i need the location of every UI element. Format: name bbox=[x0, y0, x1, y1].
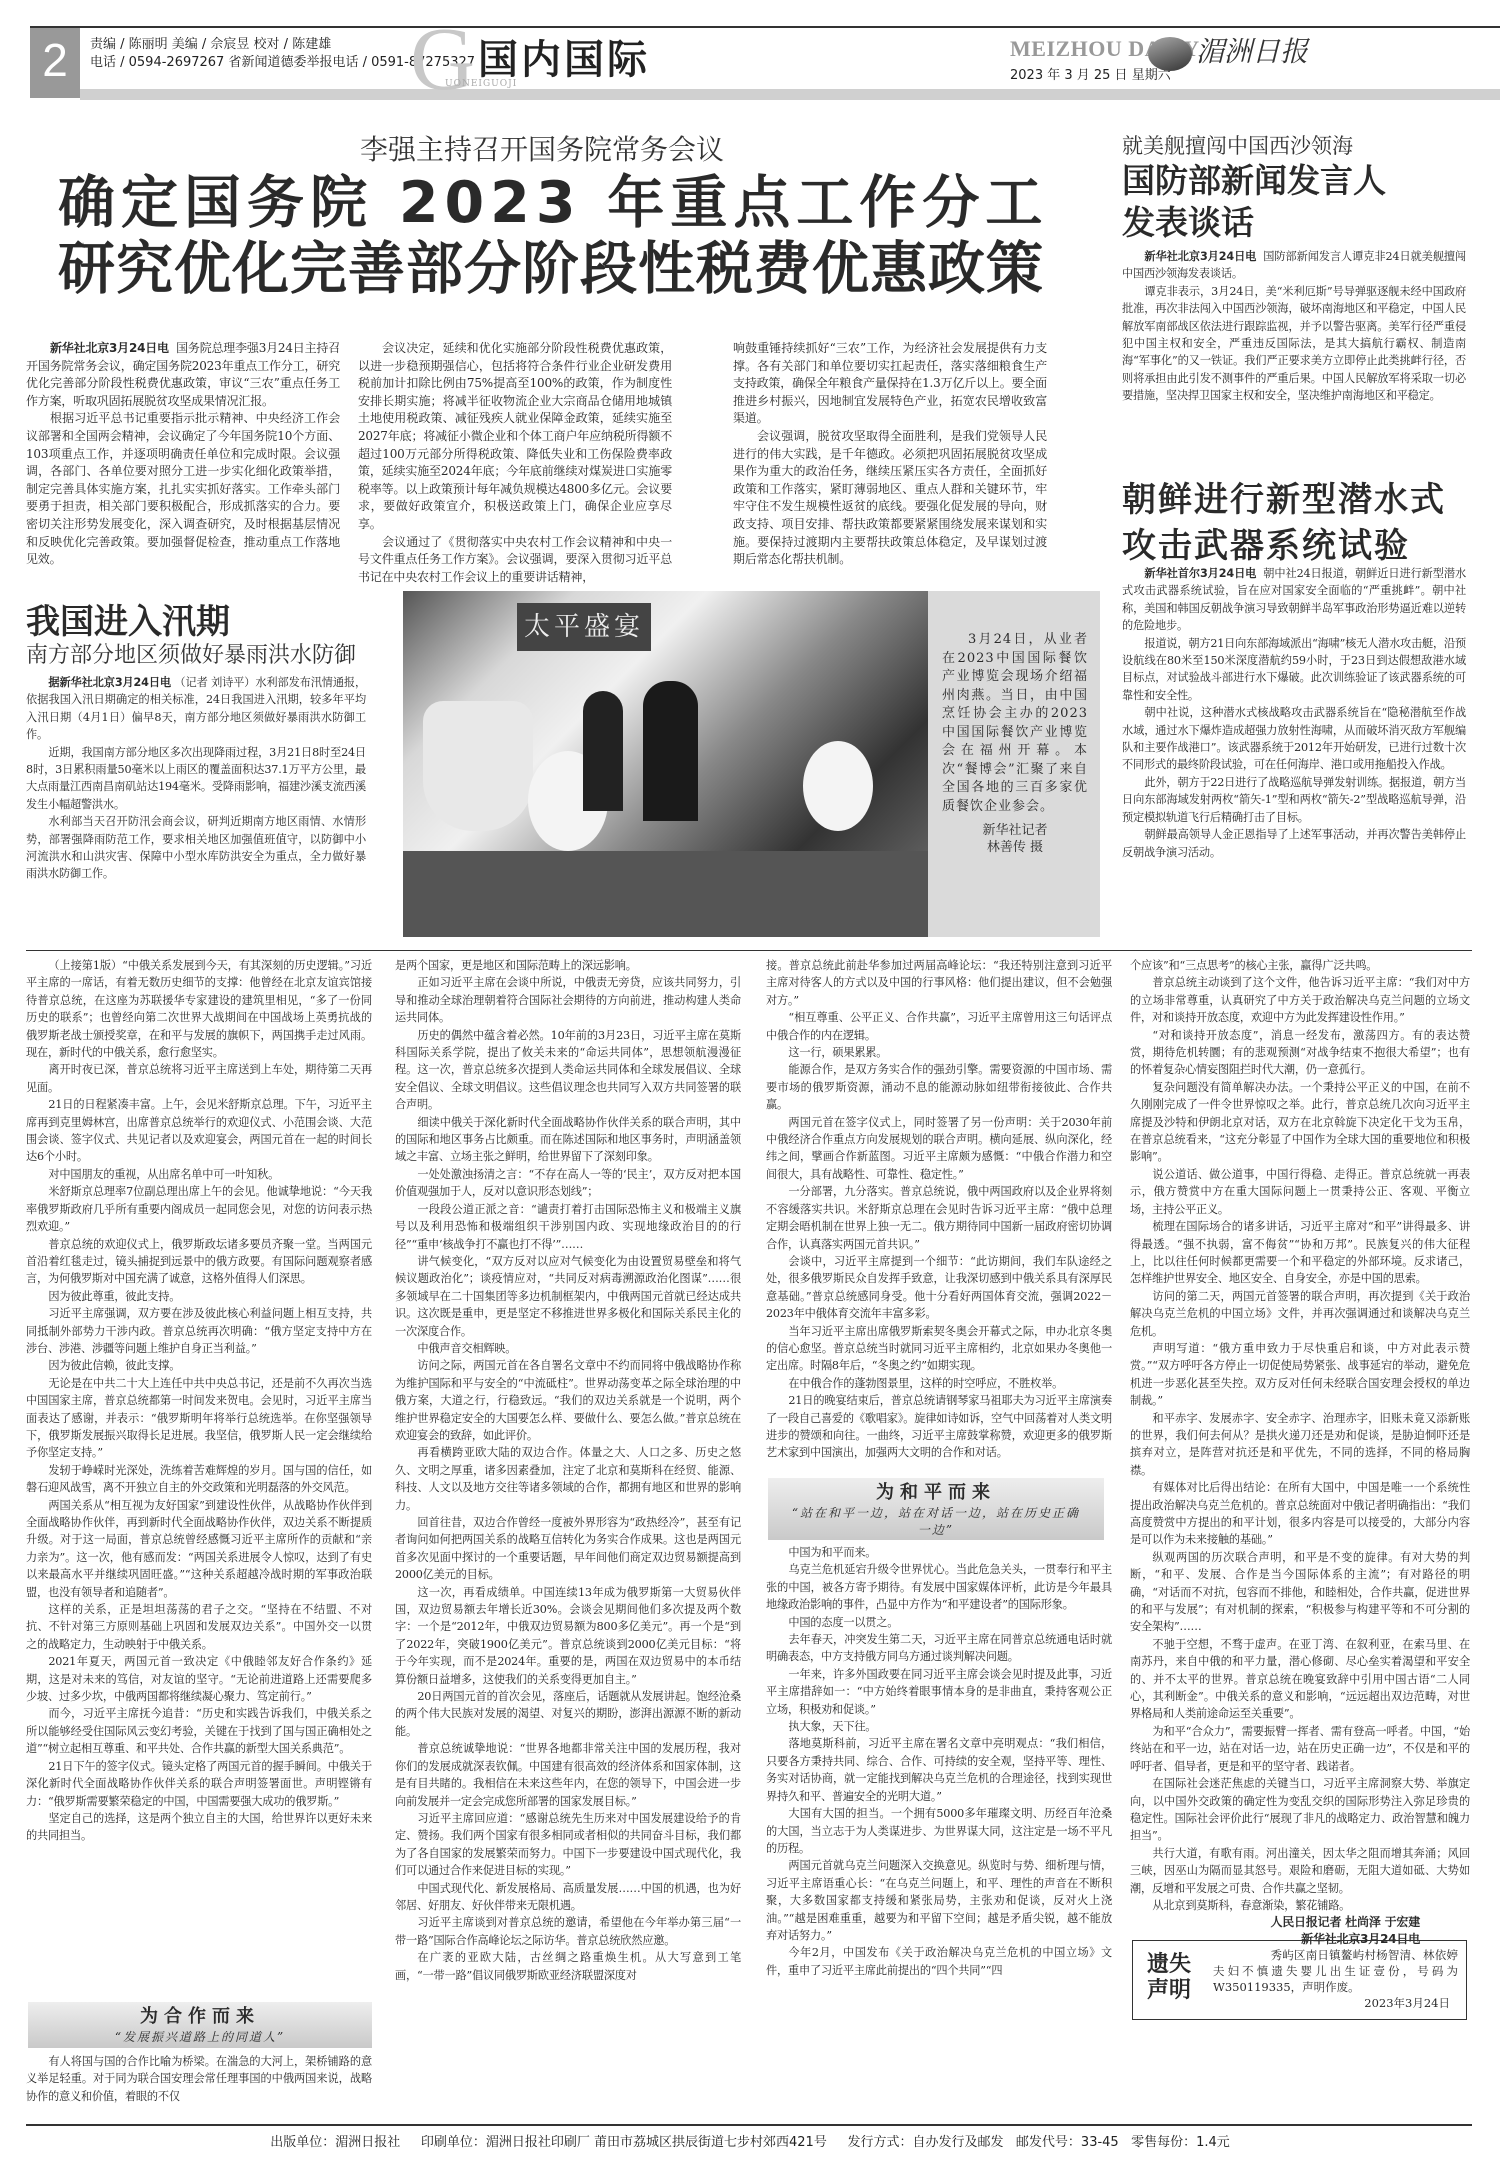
paragraph: 是两个国家，更是地区和国际范畴上的深远影响。 bbox=[395, 957, 741, 974]
dprk-article-body: 新华社首尔3月24日电 朝中社24日报道，朝鲜近日进行新型潜水式攻击武器系统试验… bbox=[1122, 565, 1466, 861]
paragraph: 水利部当天召开防汛会商会议，研判近期南方地区雨情、水情形势，部署强降雨防范工作，… bbox=[26, 813, 366, 883]
paragraph: 这样的关系，正是坦坦荡荡的君子之交。“坚持在不结盟、不对抗、不针对第三方原则基础… bbox=[26, 1601, 372, 1653]
paragraph: 两国元首在签字仪式上，同时签署了另一份声明：关于2030年前中俄经济合作重点方向… bbox=[766, 1114, 1112, 1184]
photo-plate bbox=[803, 741, 873, 831]
footer-rule bbox=[26, 2124, 1472, 2126]
paragraph: 在广袤的亚欧大陆，古丝绸之路重焕生机。从大写意到工笔画，“一带一路”倡议同俄罗斯… bbox=[395, 1949, 741, 1984]
subheading-title: 为合作而来 bbox=[28, 2002, 372, 2028]
paragraph: 新华社北京3月24日电 国务院总理李强3月24日主持召开国务院常务会议，确定国务… bbox=[26, 340, 340, 410]
dprk-headline: 朝鲜进行新型潜水式 攻击武器系统试验 bbox=[1122, 477, 1446, 569]
defense-kicker: 就美舰擅闯中国西沙领海 bbox=[1122, 130, 1353, 160]
paragraph: 访问的第二天，两国元首签署的联合声明，再次提到《关于政治解决乌克兰危机的中国立场… bbox=[1130, 1288, 1470, 1340]
paragraph: 报道说，朝方21日向东部海域派出“海啸”核无人潜水攻击艇，沿预设航线在80米至1… bbox=[1122, 635, 1466, 705]
paragraph: 坚定自己的选择，这是两个独立自主的大国，给世界许以更好未来的共同担当。 bbox=[26, 1810, 372, 1845]
paragraph: 米舒斯京总理率7位副总理出席上午的会见。他诚挚地说：“今天我率俄罗斯政府几乎所有… bbox=[26, 1183, 372, 1235]
paragraph: 执大象，天下往。 bbox=[766, 1718, 1112, 1735]
feature-col4: 个应该”和“三点思考”的核心主张，赢得广泛共鸣。 普京总统主动谈到了这个文件，他… bbox=[1130, 957, 1470, 1948]
paragraph: 新华社北京3月24日电 国防部新闻发言人谭克非24日就美舰擅闯中国西沙领海发表谈… bbox=[1122, 248, 1466, 283]
paragraph: 落地莫斯科前，习近平主席在署名文章中亮明观点：“我们相信，只要各方秉持共同、综合… bbox=[766, 1735, 1112, 1805]
paragraph: 21日的晚宴结束后，普京总统请钢琴家马祖耶夫为习近平主席演奏了一段自己喜爱的《歌… bbox=[766, 1392, 1112, 1462]
feature-col1-cont: 有人将国与国的合作比喻为桥梁。在湍急的大河上，架桥铺路的意义举足轻重。对于同为联… bbox=[26, 2053, 372, 2105]
paragraph: 新华社首尔3月24日电 朝中社24日报道，朝鲜近日进行新型潜水式攻击武器系统试验… bbox=[1122, 565, 1466, 635]
feature-col3: 接。普京总统此前赴华参加过两届高峰论坛：“我还特别注意到习近平主席对待客人的方式… bbox=[766, 957, 1112, 1462]
photo-table bbox=[403, 851, 928, 937]
paragraph: 讲气候变化，“双方反对以应对气候变化为由设置贸易壁垒和将气候议题政治化”；谈疫情… bbox=[395, 1253, 741, 1340]
paragraph: 有媒体对比后得出结论：在所有大国中，中国是唯一一个系统性提出政治解决乌克兰危机的… bbox=[1130, 1479, 1470, 1549]
paper-name-cn: 湄洲日报 bbox=[1196, 35, 1308, 68]
paragraph: 因为彼此尊重，彼此支持。 bbox=[26, 1288, 372, 1305]
paragraph: 中俄声音交相辉映。 bbox=[395, 1340, 741, 1357]
paragraph: 普京总统主动谈到了这个文件，他告诉习近平主席：“我们对中方的立场非常尊重，认真研… bbox=[1130, 974, 1470, 1026]
news-photo: 太平盛宴 bbox=[403, 591, 928, 937]
paragraph: 接。普京总统此前赴华参加过两届高峰论坛：“我还特别注意到习近平主席对待客人的方式… bbox=[766, 957, 1112, 1009]
paragraph: 从北京到莫斯科，春意渐染，繁花铺路。 bbox=[1130, 1897, 1470, 1914]
paragraph: 对中国朋友的重视，从出席名单中可一叶知秋。 bbox=[26, 1166, 372, 1183]
paragraph: 一年来，许多外国政要在同习近平主席会谈会见时提及此事，习近平主席措辞如一：“中方… bbox=[766, 1666, 1112, 1718]
flood-article-body: 据新华社北京3月24日电 （记者 刘诗平）水利部发布汛情通报，依据我国入汛日期确… bbox=[26, 674, 366, 883]
notice-date: 2023年3月24日 bbox=[1213, 1995, 1458, 2011]
paragraph: 梳理在国际场合的诸多讲话，习近平主席对“和平”讲得最多、讲得最透。“强不执弱，富… bbox=[1130, 1218, 1470, 1288]
paragraph: 据新华社北京3月24日电 （记者 刘诗平）水利部发布汛情通报，依据我国入汛日期确… bbox=[26, 674, 366, 744]
footer-price: 零售每份：1.4元 bbox=[1131, 2135, 1230, 2150]
paragraph: 声明写道：“俄方重申致力于尽快重启和谈，中方对此表示赞赏。”“双方呼吁各方停止一… bbox=[1130, 1340, 1470, 1410]
paragraph: 历史的偶然中蕴含着必然。10年前的3月23日，习近平主席在莫斯科国际关系学院，提… bbox=[395, 1027, 741, 1114]
photo-sign: 太平盛宴 bbox=[517, 603, 651, 651]
main-article-col2: 会议决定，延续和优化实施部分阶段性税费优惠政策，以进一步稳预期强信心，包括将符合… bbox=[358, 340, 672, 586]
paragraph: 习近平主席回应道：“感谢总统先生历来对中国发展建设给予的肯定、赞扬。我们两个国家… bbox=[395, 1810, 741, 1880]
photo-caption-box: 3月24日，从业者在2023中国国际餐饮产业博览会现场介绍福州肉燕。当日，由中国… bbox=[928, 591, 1100, 937]
paragraph: “相互尊重、公平正义、合作共赢”，习近平主席曾用这三句话评点中俄合作的内在逻辑。 bbox=[766, 1009, 1112, 1044]
notice-body: 秀屿区南日镇鳌屿村杨智清、林依婷夫妇不慎遗失婴儿出生证壹份，号码为W350119… bbox=[1213, 1947, 1458, 2011]
paragraph: 21日下午的签字仪式。镜头定格了两国元首的握手瞬间。中俄关于深化新时代全面战略协… bbox=[26, 1758, 372, 1810]
subheading-quote: “站在和平一边，站在对话一边，站在历史正确一边” bbox=[768, 1504, 1104, 1538]
paragraph: 这一行，硕果累累。 bbox=[766, 1044, 1112, 1061]
lost-notice: 遗失 声明 秀屿区南日镇鳌屿村杨智清、林依婷夫妇不慎遗失婴儿出生证壹份，号码为W… bbox=[1132, 1940, 1467, 2020]
paragraph: 普京总统诚挚地说：“世界各地都非常关注中国的发展历程，我对你们的发展成就深表钦佩… bbox=[395, 1740, 741, 1810]
main-headline-1: 确定国务院 2023 年重点工作分工 bbox=[58, 170, 1048, 236]
footer: 出版单位：湄洲日报社 印刷单位：湄洲日报社印刷厂 莆田市荔城区拱辰街道七步村郊西… bbox=[0, 2131, 1500, 2150]
paragraph: 中国为和平而来。 bbox=[766, 1544, 1112, 1561]
footer-distribution: 发行方式：自办发行及邮发 bbox=[848, 2135, 1004, 2150]
paragraph: 习近平主席谈到对普京总统的邀请，希望他在今年举办第三届“一带一路”国际合作高峰论… bbox=[395, 1914, 741, 1949]
paragraph: 谭克非表示，3月24日，美“米利厄斯”号导弹驱逐舰未经中国政府批准，再次非法闯入… bbox=[1122, 283, 1466, 405]
flood-headline: 我国进入汛期 bbox=[26, 594, 230, 643]
paragraph: 会谈中，习近平主席提到一个细节：“此访期间，我们车队途经之处，很多俄罗斯民众自发… bbox=[766, 1253, 1112, 1323]
defense-headline: 国防部新闻发言人 发表谈话 bbox=[1122, 160, 1386, 244]
paragraph: 此外，朝方于22日进行了战略巡航导弹发射训练。据报道，朝方当日向东部海域发射两枚… bbox=[1122, 774, 1466, 826]
paragraph: 当年习近平主席出席俄罗斯索契冬奥会开幕式之际，申办北京冬奥的信心愈坚。普京总统当… bbox=[766, 1323, 1112, 1375]
paragraph: 一段段公道正派之音：“谴责打着打击国际恐怖主义和极端主义旗号以及利用恐怖和极端组… bbox=[395, 1201, 741, 1253]
section-pinyin: UONEIGUOJI bbox=[445, 79, 517, 89]
paragraph: 不驰于空想，不骛于虚声。在亚丁湾、在叙利亚，在索马里、在南苏丹，来自中俄的和平力… bbox=[1130, 1636, 1470, 1723]
paragraph: 回首往昔，双边合作曾经一度被外界形容为“政热经冷”，甚至有记者询问如何把两国关系… bbox=[395, 1514, 741, 1584]
defense-article-body: 新华社北京3月24日电 国防部新闻发言人谭克非24日就美舰擅闯中国西沙领海发表谈… bbox=[1122, 248, 1466, 405]
paragraph: 大国有大国的担当。一个拥有5000多年璀璨文明、历经百年沧桑的大国，当立志于为人… bbox=[766, 1805, 1112, 1857]
paragraph: 离开时夜已深，普京总统将习近平主席送到上车处，期待第二天再见面。 bbox=[26, 1061, 372, 1096]
paragraph: 能源合作，是双方务实合作的强劲引擎。需要资源的中国市场、需要市场的俄罗斯资源，涌… bbox=[766, 1061, 1112, 1113]
subheading-box-cooperation: 为合作而来 “发展振兴道路上的同道人” bbox=[28, 2002, 372, 2048]
section-title: 国内国际 bbox=[478, 28, 650, 85]
paragraph: 一处处激浊扬清之言：“不存在高人一等的‘民主’，双方反对把本国价值观强加于人，反… bbox=[395, 1166, 741, 1201]
notice-title: 遗失 声明 bbox=[1147, 1951, 1191, 2003]
issue-date: 2023 年 3 月 25 日 星期六 bbox=[1010, 64, 1171, 83]
paragraph: 去年春天，冲突发生第二天，习近平主席在同普京总统通电话时就明确表态，中方支持俄方… bbox=[766, 1631, 1112, 1666]
paragraph: 两国关系从“相互视为友好国家”到建设性伙伴，从战略协作伙伴到全面战略协作伙伴，再… bbox=[26, 1497, 372, 1601]
photo-caption: 3月24日，从业者在2023中国国际餐饮产业博览会现场介绍福州肉燕。当日，由中国… bbox=[942, 631, 1088, 816]
paragraph: 2021年夏天，两国元首一致决定《中俄睦邻友好合作条约》延期，这是对未来的笃信，… bbox=[26, 1653, 372, 1705]
paragraph: 无论是在中共二十大上连任中共中央总书记，还是前不久再次当选中国国家主席，普京总统… bbox=[26, 1375, 372, 1462]
paragraph: 中国的态度一以贯之。 bbox=[766, 1614, 1112, 1631]
paragraph: 而今，习近平主席抚今追昔：“历史和实践告诉我们，中俄关系之所以能够经受住国际风云… bbox=[26, 1705, 372, 1757]
paragraph: 20日两国元首的首次会见，落座后，话题就从发展讲起。饱经沧桑的两个伟大民族对发展… bbox=[395, 1688, 741, 1740]
section-divider bbox=[26, 950, 1472, 951]
paragraph: 在中俄合作的蓬勃图景里，这样的时空呼应，不胜枚举。 bbox=[766, 1375, 1112, 1392]
paragraph: “对和谈持开放态度”，消息一经发布，激荡四方。有的表达赞赏，期待危机转圜；有的悲… bbox=[1130, 1027, 1470, 1079]
paragraph: 中国式现代化、新发展格局、高质量发展……中国的机遇，也为好邻居、好朋友、好伙伴带… bbox=[395, 1880, 741, 1915]
main-headline-2: 研究优化完善部分阶段性税费优惠政策 bbox=[58, 236, 1044, 302]
subheading-quote: “发展振兴道路上的同道人” bbox=[28, 2028, 372, 2045]
paragraph: 会议决定，延续和优化实施部分阶段性税费优惠政策，以进一步稳预期强信心，包括将符合… bbox=[358, 340, 672, 534]
flood-subheadline: 南方部分地区须做好暴雨洪水防御 bbox=[26, 638, 356, 669]
paragraph: 再看横跨亚欧大陆的双边合作。体量之大、人口之多、历史之悠久、文明之厚重，诸多因素… bbox=[395, 1444, 741, 1514]
paragraph: 今年2月，中国发布《关于政治解决乌克兰危机的中国立场》文件，重申了习近平主席此前… bbox=[766, 1944, 1112, 1979]
paragraph: 个应该”和“三点思考”的核心主张，赢得广泛共鸣。 bbox=[1130, 957, 1470, 974]
paragraph: 和平赤字、发展赤字、安全赤字、治理赤字，旧账未竟又添新账的世界，我们何去何从？是… bbox=[1130, 1410, 1470, 1480]
footer-postal-code: 邮发代号：33-45 bbox=[1016, 2135, 1119, 2150]
paragraph: 有人将国与国的合作比喻为桥梁。在湍急的大河上，架桥铺路的意义举足轻重。对于同为联… bbox=[26, 2053, 372, 2105]
paragraph: 因为彼此信赖，彼此支撑。 bbox=[26, 1357, 372, 1374]
paragraph: 细读中俄关于深化新时代全面战略协作伙伴关系的联合声明，其中的国际和地区事务占比颇… bbox=[395, 1114, 741, 1166]
paragraph: 说公道话、做公道事，中国行得稳、走得正。普京总统就一再表示，俄方赞赏中方在重大国… bbox=[1130, 1166, 1470, 1218]
photo-person bbox=[583, 691, 623, 811]
photo-person bbox=[643, 681, 698, 821]
photo-credit: 新华社记者 林善传 摄 bbox=[942, 822, 1088, 856]
paragraph: 朝鲜最高领导人金正恩指导了上述军事活动，并再次警告美韩停止反朝战争演习活动。 bbox=[1122, 826, 1466, 861]
main-article-col1: 新华社北京3月24日电 国务院总理李强3月24日主持召开国务院常务会议，确定国务… bbox=[26, 340, 340, 569]
feature-col1: （上接第1版）“中俄关系发展到今天，有其深刻的历史逻辑。”习近平主席的一席话，有… bbox=[26, 957, 372, 1845]
paragraph: 会议通过了《贯彻落实中央农村工作会议精神和中央一号文件重点任务工作方案》。会议强… bbox=[358, 534, 672, 587]
header-bar bbox=[80, 89, 1500, 100]
paragraph: 两国元首就乌克兰问题深入交换意见。纵览时与势、细析理与情，习近平主席语重心长：“… bbox=[766, 1857, 1112, 1944]
paragraph: 共行大道，有歌有雨。河出潼关，因太华之阻而增其奔涌；风回三峡，因巫山为隔而显其怒… bbox=[1130, 1845, 1470, 1897]
photo-urn bbox=[423, 701, 533, 831]
main-kicker: 李强主持召开国务院常务会议 bbox=[360, 128, 724, 168]
paragraph: 为和平“合众力”，需要振臂一挥者、需有登高一呼者。中国，“始终站在和平一边，站在… bbox=[1130, 1723, 1470, 1775]
logo-mark-icon bbox=[1148, 37, 1192, 71]
paragraph: （上接第1版）“中俄关系发展到今天，有其深刻的历史逻辑。”习近平主席的一席话，有… bbox=[26, 957, 372, 1061]
paragraph: 一分部署，九分落实。普京总统说，俄中两国政府以及企业界将刻不容缓落实共识。米舒斯… bbox=[766, 1183, 1112, 1253]
footer-publisher: 出版单位：湄洲日报社 bbox=[270, 2135, 400, 2150]
paragraph: 普京总统的欢迎仪式上，俄罗斯政坛诸多要员齐聚一堂。当两国元首沿着红毯走过，镜头捕… bbox=[26, 1236, 372, 1288]
paragraph: 乌克兰危机延宕升级令世界忧心。当此危急关头，一贯奉行和平主张的中国，被各方寄予期… bbox=[766, 1561, 1112, 1613]
paragraph: 复杂问题没有简单解决办法。一个秉持公平正义的中国，在前不久刚刚完成了一件令世界惊… bbox=[1130, 1079, 1470, 1166]
paragraph: 近期，我国南方部分地区多次出现降雨过程，3月21日8时至24日8时，3日累积雨量… bbox=[26, 744, 366, 814]
paragraph: 纵观两国的历次联合声明，和平是不变的旋律。有对大势的判断，“和平、发展、合作是当… bbox=[1130, 1549, 1470, 1636]
subheading-box-peace: 为和平而来 “站在和平一边，站在对话一边，站在历史正确一边” bbox=[768, 1478, 1104, 1540]
paper-logo: 湄洲日报 bbox=[1148, 30, 1308, 71]
paragraph: 根据习近平总书记重要指示批示精神、中央经济工作会议部署和全国两会精神，会议确定了… bbox=[26, 410, 340, 568]
paragraph: 21日的日程紧凑丰富。上午，会见米舒斯京总理。下午，习近平主席再到克里姆林宫，出… bbox=[26, 1096, 372, 1166]
subheading-title: 为和平而来 bbox=[768, 1478, 1104, 1504]
header-top-rule bbox=[30, 26, 1500, 28]
footer-printer: 印刷单位：湄洲日报社印刷厂 莆田市荔城区拱辰街道七步村郊西421号 bbox=[421, 2135, 827, 2150]
paragraph: 访问之际，两国元首在各自署名文章中不约而同将中俄战略协作称为维护国际和平与安全的… bbox=[395, 1357, 741, 1444]
paragraph: 会议强调，脱贫攻坚取得全面胜利，是我们党领导人民进行的伟大实践，是千年德政。必须… bbox=[733, 428, 1047, 569]
paragraph: 这一次，再看成绩单。中国连续13年成为俄罗斯第一大贸易伙伴国，双边贸易额去年增长… bbox=[395, 1584, 741, 1688]
paragraph: 朝中社说，这种潜水式核战略攻击武器系统旨在“隐秘潜航至作战水域，通过水下爆炸造成… bbox=[1122, 704, 1466, 774]
feature-col3-cont: 中国为和平而来。 乌克兰危机延宕升级令世界忧心。当此危急关头，一贯奉行和平主张的… bbox=[766, 1544, 1112, 1979]
paragraph: 正如习近平主席在会谈中所说，中俄责无旁贷，应该共同努力，引导和推动全球治理朝着符… bbox=[395, 974, 741, 1026]
paragraph: 在国际社会迷茫焦虑的关键当口，习近平主席洞察大势、举旗定向，以中国外交政策的确定… bbox=[1130, 1775, 1470, 1845]
feature-col2: 是两个国家，更是地区和国际范畴上的深远影响。 正如习近平主席在会谈中所说，中俄责… bbox=[395, 957, 741, 1984]
paragraph: 习近平主席强调，双方要在涉及彼此核心利益问题上相互支持，共同抵制外部势力干涉内政… bbox=[26, 1305, 372, 1357]
main-article-col3: 响鼓重锤持续抓好“三农”工作，为经济社会发展提供有力支撑。各有关部门和单位要切实… bbox=[733, 340, 1047, 569]
page-number: 2 bbox=[30, 28, 80, 98]
paragraph: 发轫于峥嵘时光深处，洗练着苦难辉煌的岁月。国与国的信任，如磐石迎风战雪，离不开独… bbox=[26, 1462, 372, 1497]
paragraph: 响鼓重锤持续抓好“三农”工作，为经济社会发展提供有力支撑。各有关部门和单位要切实… bbox=[733, 340, 1047, 428]
